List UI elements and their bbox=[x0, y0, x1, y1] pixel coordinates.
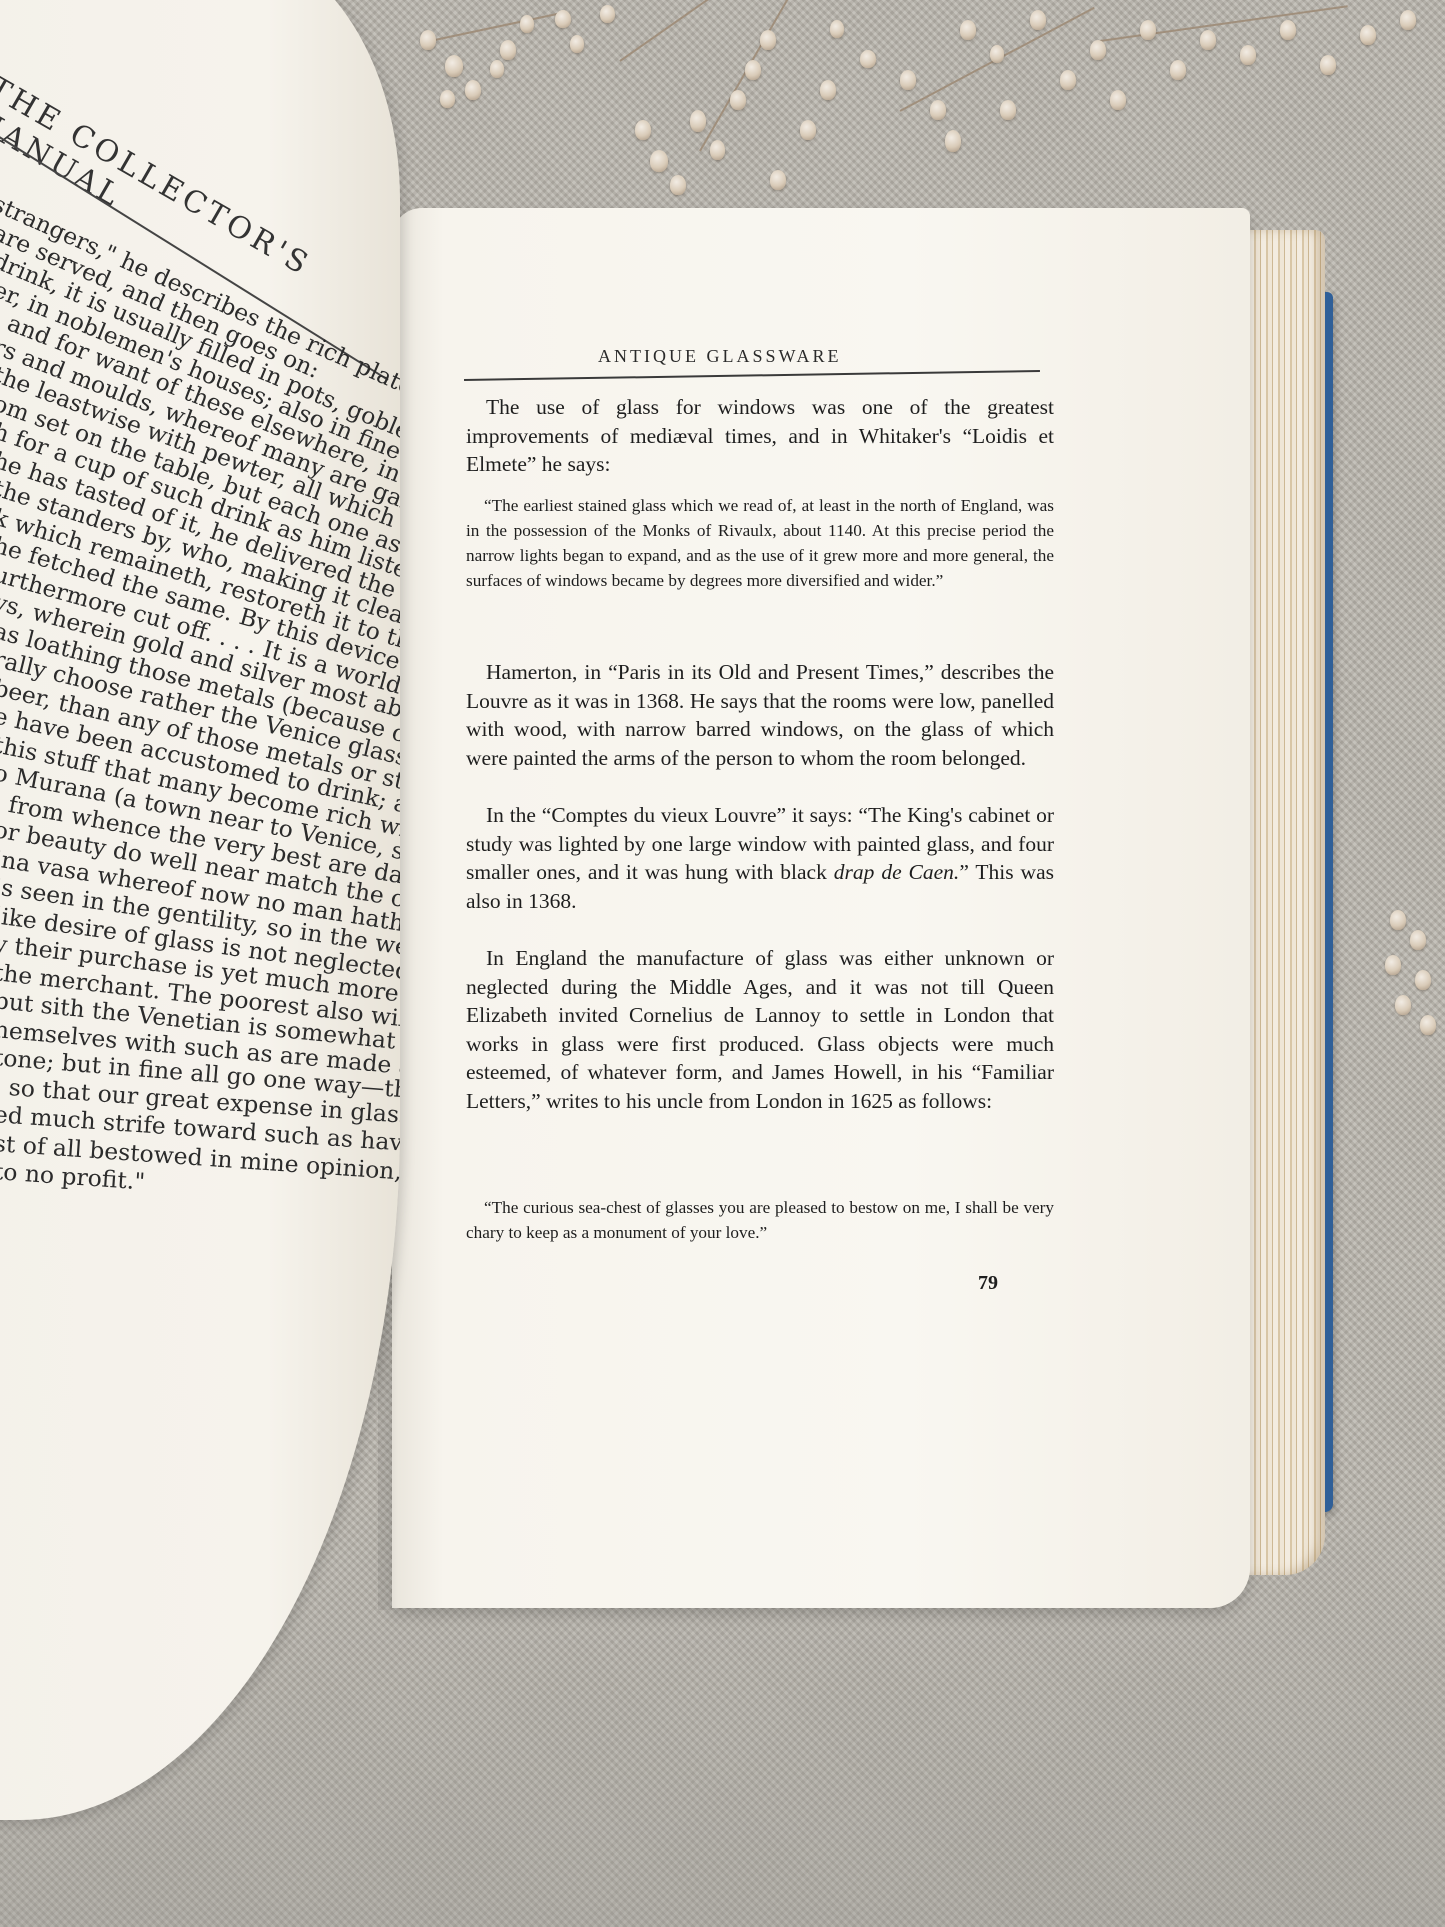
paragraph-4: In England the manufacture of glass was … bbox=[466, 944, 1054, 1116]
quote-2-block: “The curious sea-chest of glasses you ar… bbox=[466, 1195, 1054, 1245]
left-page-lines: strangers," he describes the rich platea… bbox=[0, 0, 400, 1400]
paragraph-2-block: Hamerton, in “Paris in its Old and Prese… bbox=[466, 658, 1054, 772]
paragraph-1-block: The use of glass for windows was one of … bbox=[466, 393, 1054, 479]
quote-1-block: “The earliest stained glass which we rea… bbox=[466, 493, 1054, 593]
page-number: 79 bbox=[978, 1272, 998, 1295]
block-quote-1: “The earliest stained glass which we rea… bbox=[466, 493, 1054, 593]
paragraph-4-block: In England the manufacture of glass was … bbox=[466, 944, 1054, 1116]
paragraph-1: The use of glass for windows was one of … bbox=[466, 393, 1054, 479]
paragraph-3-block: In the “Comptes du vieux Louvre” it says… bbox=[466, 801, 1054, 915]
dried-flower-sprig bbox=[1380, 900, 1445, 1060]
paragraph-2: Hamerton, in “Paris in its Old and Prese… bbox=[466, 658, 1054, 772]
paragraph-3: In the “Comptes du vieux Louvre” it says… bbox=[466, 801, 1054, 915]
paragraph-3-italic: drap de Caen. bbox=[834, 860, 960, 884]
running-head: ANTIQUE GLASSWARE bbox=[598, 346, 842, 367]
block-quote-2: “The curious sea-chest of glasses you ar… bbox=[466, 1195, 1054, 1245]
